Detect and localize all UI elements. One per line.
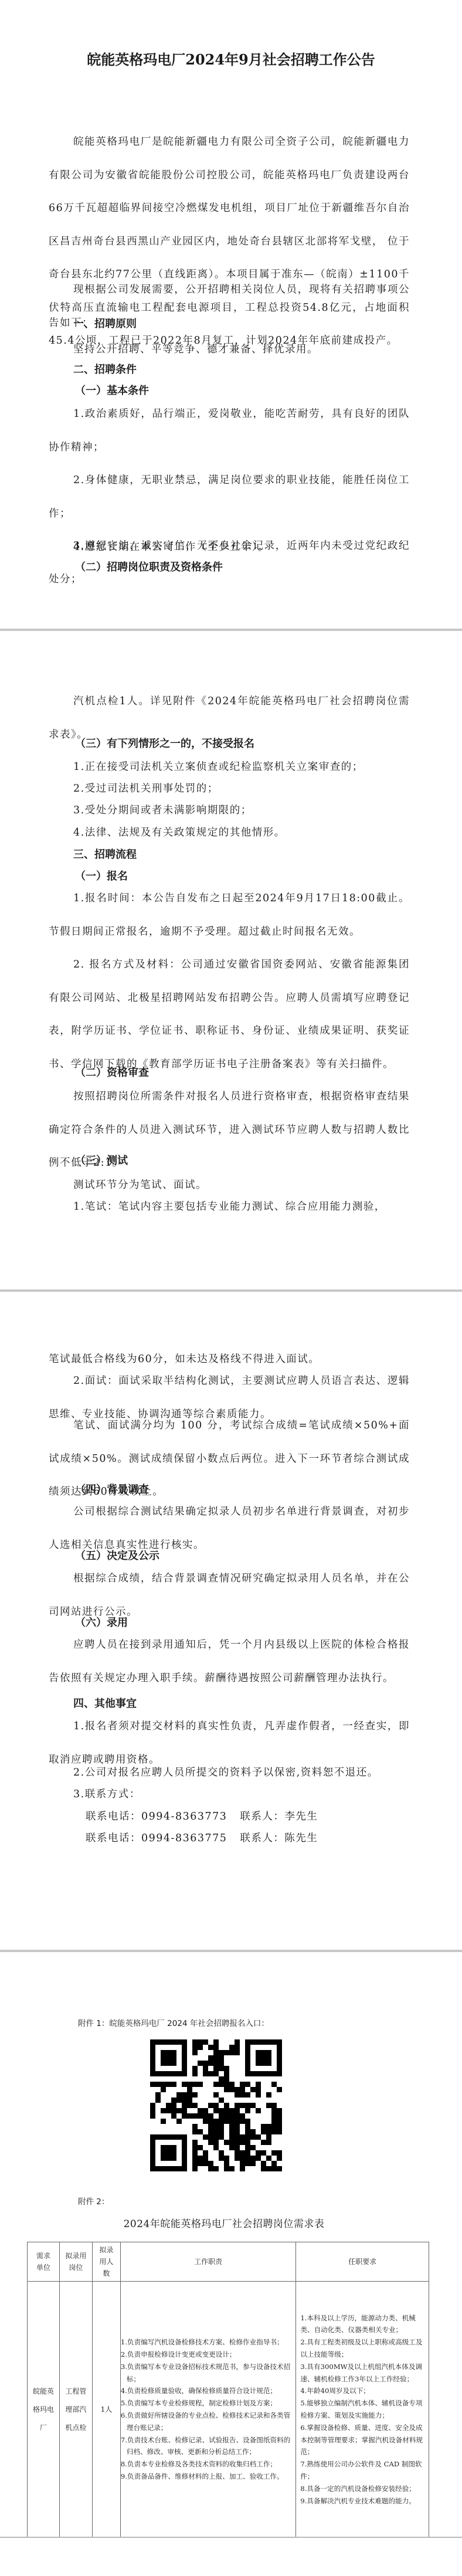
written-test-item: 1.笔试：笔试内容主要包括专业能力测试、综合应用能力测验， bbox=[73, 1198, 386, 1216]
contact-person: 李先生 bbox=[284, 1811, 318, 1822]
position-duties-heading: （二）招聘岗位职责及资格条件 bbox=[75, 559, 223, 576]
basic-condition-item: 4.愿意长期在本公司工作（至少五年）。 bbox=[73, 538, 269, 556]
exclusion-item: 3.受处分期间或者未满影响期限的； bbox=[73, 802, 252, 819]
requirement-item: 3.具有300MW及以上机组汽机本体及调速、辅机检修工作3年以上工作经验； bbox=[300, 2361, 429, 2385]
position-requirements-table: 需求单位 拟录用岗位 拟录用人数 工作职责 任职要求 皖能英格玛电厂 工程管理部… bbox=[27, 2242, 429, 2538]
requirement-item: 2.具有工程类初级及以上职称或高级工及以上技能等级； bbox=[300, 2336, 429, 2361]
requirement-item: 1.本科及以上学历，能源动力类、机械类、自动化类、仪器类相关专业； bbox=[300, 2312, 429, 2337]
page-separator bbox=[0, 1289, 462, 1292]
requirement-item: 9.具备解决汽机专业技术难题的能力。 bbox=[300, 2495, 429, 2507]
other-matters-item: 3.联系方式： bbox=[73, 1786, 141, 1803]
contact-phone[interactable]: 0994-8363773 bbox=[141, 1811, 227, 1822]
page-title: 皖能英格玛电厂2024年9月社会招聘工作公告 bbox=[0, 48, 462, 69]
contact-row: 联系电话：0994-8363773联系人：李先生 bbox=[86, 1808, 318, 1825]
qr-code-icon[interactable] bbox=[150, 2039, 282, 2171]
contact-row: 联系电话：0994-8363775联系人：陈先生 bbox=[86, 1830, 318, 1847]
contact-person-label: 联系人： bbox=[240, 1832, 284, 1844]
duty-item: 9.负责备品备件、维修材料的上报、加工、验收工作。 bbox=[121, 2470, 295, 2483]
requirement-item: 8.具备一定的汽机设备检修安装经验； bbox=[300, 2483, 429, 2495]
registration-materials: 2. 报名方式及材料：公司通过安徽省国资委网站、安徽省能源集团有限公司网站、北极… bbox=[49, 948, 410, 1081]
contact-person-label: 联系人： bbox=[240, 1811, 284, 1822]
cell-position: 工程管理部汽机点检 bbox=[59, 2282, 92, 2538]
contact-phone-label: 联系电话： bbox=[86, 1832, 141, 1844]
page-separator bbox=[0, 2537, 462, 2538]
duty-item: 4.负责检修质量验收，确保检修质量符合设计规范； bbox=[121, 2385, 295, 2397]
table-header-row: 需求单位 拟录用岗位 拟录用人数 工作职责 任职要求 bbox=[28, 2242, 429, 2282]
cell-requirements: 1.本科及以上学历，能源动力类、机械类、自动化类、仪器类相关专业； 2.具有工程… bbox=[296, 2282, 429, 2538]
test-heading: （三）测试 bbox=[75, 1152, 128, 1170]
requirement-item: 5.能够独立编制汽机本体、辅机设备专项检修方案、策划及实施能力； bbox=[300, 2397, 429, 2422]
attachment-1-label: 附件 1：皖能英格玛电厂 2024 年社会招聘报名入口： bbox=[78, 2015, 269, 2032]
employment-text: 应聘人员在接到录用通知后，凭一个月内县级以上医院的体检合格报告依照有关规定办理入… bbox=[49, 1628, 410, 1695]
header-position: 拟录用岗位 bbox=[59, 2242, 92, 2282]
exclusion-item: 1.正在接受司法机关立案侦查或纪检监察机关立案审查的； bbox=[73, 758, 364, 776]
contact-person: 陈先生 bbox=[284, 1832, 318, 1844]
other-matters-item: 2.公司对报名应聘人员所提交的资料予以保密,资料恕不退还。 bbox=[73, 1764, 379, 1781]
header-requirements: 任职要求 bbox=[296, 2242, 429, 2282]
header-count: 拟录用人数 bbox=[92, 2242, 120, 2282]
requirement-item: 6.掌握设备检修、质量、进度、安全及成本控制等管理要求；掌握汽机设备材料规范； bbox=[300, 2422, 429, 2458]
exclusion-item: 4.法律、法规及有关政策规定的其他情形。 bbox=[73, 824, 286, 841]
qualification-review-heading: （二）资格审查 bbox=[75, 1064, 149, 1082]
table-row: 皖能英格玛电厂 工程管理部汽机点检 1人 1.负责编写汽机设备检修技术方案、检修… bbox=[28, 2282, 429, 2538]
duty-item: 7.负责技术台账、检修记录、试验报告、设备图纸资料的归档、修改、审核、更新和分析… bbox=[121, 2434, 295, 2459]
table-title: 2024年皖能英格玛电厂社会招聘岗位需求表 bbox=[0, 2215, 448, 2230]
contact-phone-label: 联系电话： bbox=[86, 1811, 141, 1822]
duty-item: 3.负责编写本专业设备招标技术规范书，参与设备技术招标； bbox=[121, 2361, 295, 2385]
duty-item: 6.负责做好所辖设备的专业点检、检修技术记录和各类管理台账记录； bbox=[121, 2409, 295, 2434]
header-duties: 工作职责 bbox=[120, 2242, 295, 2282]
section-3-heading: 三、招聘流程 bbox=[73, 846, 137, 864]
registration-time: 1.报名时间：本公告自发布之日起至2024年9月17日18:00截止。节假日期间… bbox=[49, 882, 410, 948]
duty-item: 5.负责编写本专业检修规程，制定检修计划及方案； bbox=[121, 2397, 295, 2409]
exclusion-item: 2.受过司法机关刑事处罚的； bbox=[73, 780, 219, 797]
cell-duties: 1.负责编写汽机设备检修技术方案、检修作业指导书； 2.负责申报检修设计变更或变… bbox=[120, 2282, 295, 2538]
page-separator bbox=[0, 629, 462, 631]
basic-condition-item: 1.政治素质好，品行端正，爱岗敬业，能吃苦耐劳，具有良好的团队协作精神； bbox=[49, 398, 410, 464]
basic-condition-item: 2.身体健康，无职业禁忌，满足岗位要求的职业技能，能胜任岗位工作； bbox=[49, 464, 410, 530]
requirement-item: 4.年龄40周岁及以下； bbox=[300, 2385, 429, 2397]
duty-item: 2.负责申报检修设计变更或变更设计； bbox=[121, 2348, 295, 2361]
cell-count: 1人 bbox=[92, 2282, 120, 2538]
section-1-heading: 一、招聘原则 bbox=[73, 315, 137, 333]
header-unit: 需求单位 bbox=[28, 2242, 60, 2282]
page-separator bbox=[0, 1950, 462, 1952]
section-1-text: 坚持公开招聘、平等竞争、德才兼备、择优录用。 bbox=[73, 341, 318, 358]
duty-item: 1.负责编写汽机设备检修技术方案、检修作业指导书； bbox=[121, 2336, 295, 2348]
duty-item: 8.负责本专业检修及各类技术资料的收集归档工作； bbox=[121, 2458, 295, 2470]
exclusion-heading: （三）有下列情形之一的，不接受报名 bbox=[75, 735, 254, 753]
requirement-item: 7.熟练使用公司办公软件及 CAD 制图软件； bbox=[300, 2458, 429, 2483]
attachment-2-label: 附件 2： bbox=[78, 2193, 109, 2211]
section-2-heading: 二、招聘条件 bbox=[73, 361, 137, 379]
cell-unit: 皖能英格玛电厂 bbox=[28, 2282, 60, 2538]
contact-phone[interactable]: 0994-8363775 bbox=[141, 1832, 227, 1844]
test-intro: 测试环节分为笔试、面试。 bbox=[73, 1176, 207, 1194]
